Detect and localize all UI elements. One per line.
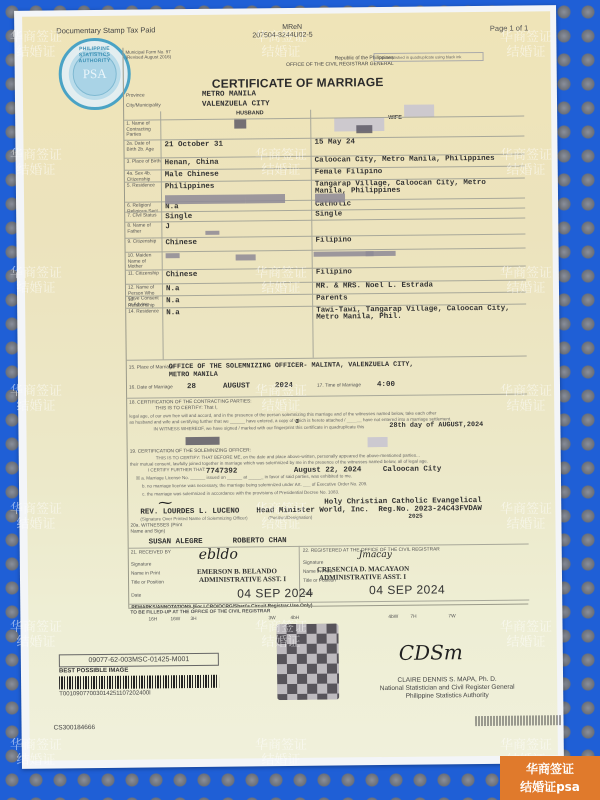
brand-badge: 华商签证 结婚证psa (500, 756, 600, 800)
office-code: 3W (268, 616, 275, 622)
name-print-label: Name in Print (131, 571, 160, 577)
redaction (368, 437, 388, 447)
husband-value: Chinese (165, 239, 197, 247)
witness-2: ROBERTO CHAN (233, 537, 287, 546)
license-place: Caloocan City (383, 465, 442, 474)
barcode-icon (59, 675, 219, 690)
wife-value: Female Filipino (315, 168, 520, 177)
receiver-title: ADMINISTRATIVE ASST. I (199, 576, 286, 584)
wife-value: 15 May 24 (314, 138, 519, 147)
witness-1: SUSAN ALEGRE (149, 538, 203, 547)
officer-position: Head Minister World, Inc. (256, 506, 369, 515)
civil-registrar-agency: Philippine Statistics Authority (367, 692, 527, 702)
row-label: 5. Residence (127, 183, 161, 189)
office-code: 4bH (290, 616, 299, 622)
husband-value: Male Chinese (165, 171, 219, 180)
office-code: 16H (148, 617, 157, 623)
redaction (205, 231, 219, 235)
marriage-month: AUGUST (223, 382, 250, 390)
barcode-number: T00109077003014251107202400l (59, 690, 150, 697)
redaction (166, 253, 180, 258)
badge-line-1: 华商签证 (500, 760, 600, 778)
row-label: 10. Maiden Name of Mother (128, 253, 162, 270)
redaction (236, 254, 256, 260)
row-label: 8. Name of Father (127, 223, 161, 234)
control-code: 09077-62-003MSC-01425-M001 (59, 653, 219, 668)
stamp-tax-label: Documentary Stamp Tax Paid (56, 25, 155, 35)
seal-ring-text: PHILIPPINE STATISTICS AUTHORITY (64, 44, 125, 105)
office-code: 16W (170, 617, 180, 623)
office-code: 7H (410, 615, 416, 621)
time-of-marriage: 4:00 (377, 381, 395, 389)
row-label: 1. Name of Contracting Parties (126, 121, 160, 138)
redaction (234, 118, 246, 128)
mren-code: 207504-8244U02-5 (252, 32, 312, 41)
divider (127, 356, 527, 361)
redaction (366, 251, 396, 256)
certificate-form: Municipal Form No. 97 (Revised August 20… (122, 44, 528, 608)
title-label: Title or Position (131, 580, 164, 586)
registration-expiry: 2025 (408, 513, 422, 520)
received-by-label: 21. RECEIVED BY (131, 550, 171, 556)
husband-value: 21 October 31 (164, 141, 223, 150)
redaction (356, 125, 372, 133)
certificate-title: CERTIFICATE OF MARRIAGE (212, 75, 384, 91)
date-label: Date (131, 594, 141, 600)
husband-value: Philippines (165, 183, 215, 192)
husband-value: Henan, China (165, 159, 219, 168)
wife-value: Tangarap Village, Caloocan City, Metro M… (315, 180, 520, 196)
time-of-marriage-label: 17. Time of Marriage (317, 383, 361, 389)
marriage-year: 2024 (275, 382, 293, 390)
row-label: 3. Place of Birth (127, 159, 161, 165)
divider (127, 394, 527, 399)
row-label: 9. Citizenship (127, 239, 161, 245)
husband-header: HUSBAND (236, 110, 264, 116)
serial-number: CS300184666 (54, 724, 96, 731)
small-barcode-icon (475, 715, 561, 726)
province-value: METRO MANILA (202, 90, 256, 99)
row-label: 7. Civil Status (127, 213, 161, 219)
form-number: Municipal Form No. 97 (Revised August 20… (125, 49, 171, 59)
cert-parties-text: THIS IS TO CERTIFY: That I, (155, 406, 217, 412)
date-of-marriage-label: 16. Date of Marriage (129, 385, 173, 391)
civil-registrar-signature: CDSm (399, 640, 463, 665)
office-code: 4bW (388, 615, 398, 621)
page-indicator: Page 1 of 1 (490, 23, 528, 32)
wife-value: Tawi-Tawi, Tangarap Village, Caloocan Ci… (316, 306, 521, 322)
wife-value: MR. & MRS. Noel L. Estrada (316, 282, 521, 291)
husband-value: N.a (166, 285, 180, 293)
qr-code-redacted (276, 624, 339, 701)
place-of-marriage: OFFICE OF THE SOLEMNIZING OFFICER- MALIN… (169, 361, 429, 380)
redaction (165, 194, 245, 204)
form-revised: (Revised August 2016) (126, 54, 172, 59)
husband-value: N.a (166, 297, 180, 305)
wife-value: Caloocan City, Metro Manila, Philippines (315, 156, 520, 165)
psa-seal-icon: PHILIPPINE STATISTICS AUTHORITY PSA (58, 38, 131, 111)
registered-date: 04 SEP 2024 (369, 582, 445, 597)
civil-registrar-block: CLAIRE DENNIS S. MAPA, Ph. D. National S… (367, 676, 527, 702)
husband-value: N.a (166, 309, 180, 317)
city-value: VALENZUELA CITY (202, 100, 270, 109)
row-label: 11. Citizenship (128, 271, 162, 277)
received-date: 04 SEP 2024 (237, 586, 313, 601)
marriage-day: 28 (187, 383, 196, 391)
row-label: 2a. Date of Birth 2b. Age (126, 141, 160, 152)
redaction (404, 104, 434, 116)
signature-label: Signature (131, 562, 152, 568)
husband-value: Chinese (166, 271, 198, 279)
husband-value: N.a (165, 203, 179, 211)
mren-block: MReN 207504-8244U02-5 (252, 24, 312, 41)
wife-value: Filipino (316, 268, 521, 277)
receiver-signature: ebldo (199, 547, 238, 563)
witness-date: 28th day of AUGUST,2024 (389, 421, 483, 430)
divider (160, 111, 164, 359)
husband-value: J (165, 223, 170, 231)
wife-value: Filipino (315, 236, 520, 245)
place-of-marriage-label: 15. Place of Marriage (129, 365, 175, 371)
office-code: 3H (190, 617, 196, 623)
badge-line-2: 结婚证psa (500, 778, 600, 796)
redaction (315, 193, 345, 202)
registrar-title: ADMINISTRATIVE ASST. I (319, 574, 406, 582)
city-label: City/Municipality (126, 103, 161, 109)
divider (124, 116, 524, 121)
best-image-label: BEST POSSIBLE IMAGE (59, 668, 128, 675)
row-label: 14. Residence (128, 309, 162, 315)
party-rows: 1. Name of Contracting Parties2a. Date o… (123, 44, 522, 48)
ink-note: * accomplished in quadruplicate using bl… (374, 52, 484, 62)
copies-mark: 3 (295, 418, 299, 425)
province-label: Province (126, 94, 145, 100)
redaction (245, 194, 285, 203)
filled-up-label: TO BE FILLED-UP AT THE OFFICE OF THE CIV… (130, 609, 270, 616)
wife-value: Parents (316, 294, 521, 303)
office-code: 7W (448, 614, 455, 620)
witness-line: IN WITNESS WHEREOF, we have signed / mar… (153, 424, 383, 431)
witnesses-label: 20a. WITNESSES (Print Name and Sign) (130, 523, 190, 535)
marriage-certificate: Documentary Stamp Tax Paid MReN 207504-8… (22, 11, 558, 760)
registration-number: Reg.No. 2023-24C43FVDAW (378, 505, 482, 514)
registrar-signature: Jmacay (359, 550, 392, 560)
redaction (186, 437, 220, 445)
divider (310, 110, 314, 358)
